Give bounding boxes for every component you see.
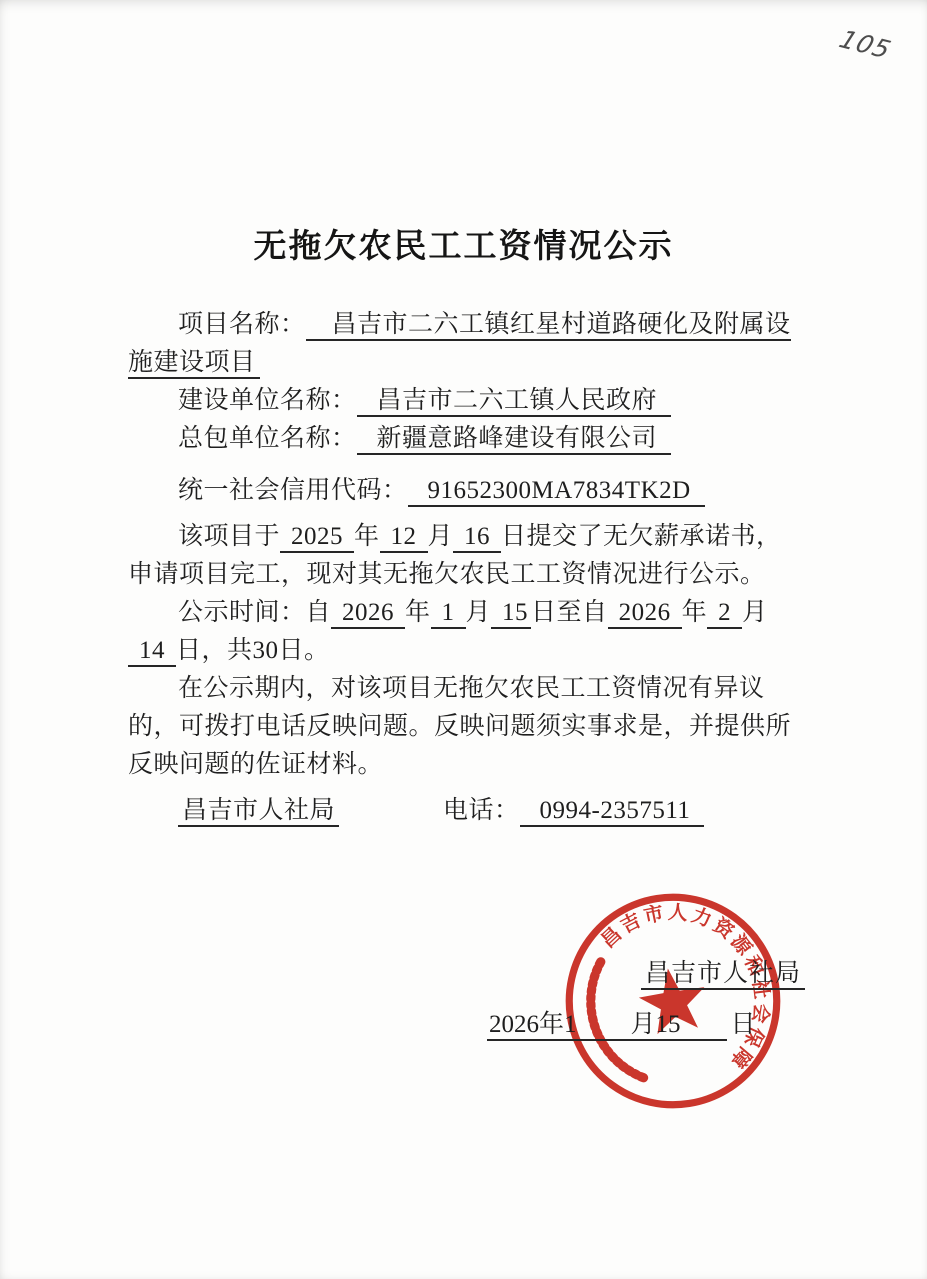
submission-month-unit: 月 bbox=[428, 523, 454, 550]
contact-line: 昌吉市人社局电话：0994-2357511 bbox=[128, 792, 804, 830]
period-end-month: 2 bbox=[707, 599, 742, 629]
signature-date-year: 2026年1 bbox=[487, 1011, 629, 1041]
submission-year-unit: 年 bbox=[354, 523, 380, 550]
contractor-label: 总包单位名称： bbox=[178, 425, 357, 452]
phone-label: 电话： bbox=[443, 797, 520, 824]
period-start-year: 2026 bbox=[331, 599, 405, 629]
period-text-mid: 日至自 bbox=[531, 599, 608, 626]
builder-value: 昌吉市二六工镇人民政府 bbox=[357, 387, 672, 417]
period-end-month-unit: 月 bbox=[742, 599, 768, 626]
builder-label: 建设单位名称： bbox=[178, 387, 357, 414]
signature-bureau-line: 昌吉市人社局 bbox=[641, 953, 805, 989]
notice-body: 项目名称：昌吉市二六工镇红星村道路硬化及附属设施建设项目 建设单位名称：昌吉市二… bbox=[128, 306, 804, 830]
submission-paragraph: 该项目于2025年12月16日提交了无欠薪承诺书，申请项目完工，现对其无拖欠农民… bbox=[128, 518, 804, 594]
signature-date-month-day: 月15 bbox=[629, 1011, 727, 1041]
contractor-line: 总包单位名称：新疆意路峰建设有限公司 bbox=[128, 420, 804, 458]
period-text-pre: 公示时间：自 bbox=[178, 599, 331, 626]
signature-date-day-char: 日 bbox=[731, 1011, 756, 1038]
period-start-month-unit: 月 bbox=[466, 599, 492, 626]
period-end-year: 2026 bbox=[608, 599, 682, 629]
period-start-month: 1 bbox=[431, 599, 466, 629]
period-paragraph: 公示时间：自2026年1月15日至自2026年2月14日，共30日。 bbox=[128, 594, 804, 670]
builder-line: 建设单位名称：昌吉市二六工镇人民政府 bbox=[128, 382, 804, 420]
contractor-value: 新疆意路峰建设有限公司 bbox=[357, 425, 672, 455]
period-start-day: 15 bbox=[491, 599, 531, 629]
notice-title: 无拖欠农民工工资情况公示 bbox=[0, 220, 927, 267]
period-end-day: 14 bbox=[128, 637, 176, 667]
official-red-seal: 昌吉市人力资源和社会保障局 bbox=[544, 872, 803, 1131]
period-end-year-unit: 年 bbox=[682, 599, 708, 626]
project-name-line: 项目名称：昌吉市二六工镇红星村道路硬化及附属设施建设项目 bbox=[128, 306, 804, 382]
project-name-label: 项目名称： bbox=[178, 311, 306, 338]
objection-text: 在公示期内，对该项目无拖欠农民工工资情况有异议的，可拨打电话反映问题。反映问题须… bbox=[128, 675, 791, 778]
submission-month-value: 12 bbox=[380, 523, 428, 553]
period-start-year-unit: 年 bbox=[405, 599, 431, 626]
credit-code-value: 91652300MA7834TK2D bbox=[408, 477, 705, 507]
credit-code-line: 统一社会信用代码：91652300MA7834TK2D bbox=[128, 472, 804, 510]
handwritten-page-number: 105 bbox=[836, 25, 896, 64]
objection-paragraph: 在公示期内，对该项目无拖欠农民工工资情况有异议的，可拨打电话反映问题。反映问题须… bbox=[128, 670, 804, 784]
submission-text-pre: 该项目于 bbox=[178, 523, 280, 550]
scanned-notice-page: 105 无拖欠农民工工资情况公示 项目名称：昌吉市二六工镇红星村道路硬化及附属设… bbox=[0, 0, 927, 1279]
submission-day-value: 16 bbox=[453, 523, 501, 553]
period-text-post: 日，共30日。 bbox=[176, 637, 330, 664]
submission-year-value: 2025 bbox=[280, 523, 354, 553]
signature-bureau: 昌吉市人社局 bbox=[641, 960, 805, 990]
credit-code-label: 统一社会信用代码： bbox=[178, 477, 408, 504]
signature-date-line: 2026年1月15日 bbox=[487, 1004, 756, 1040]
phone-value: 0994-2357511 bbox=[520, 797, 705, 827]
contact-bureau: 昌吉市人社局 bbox=[178, 797, 339, 827]
